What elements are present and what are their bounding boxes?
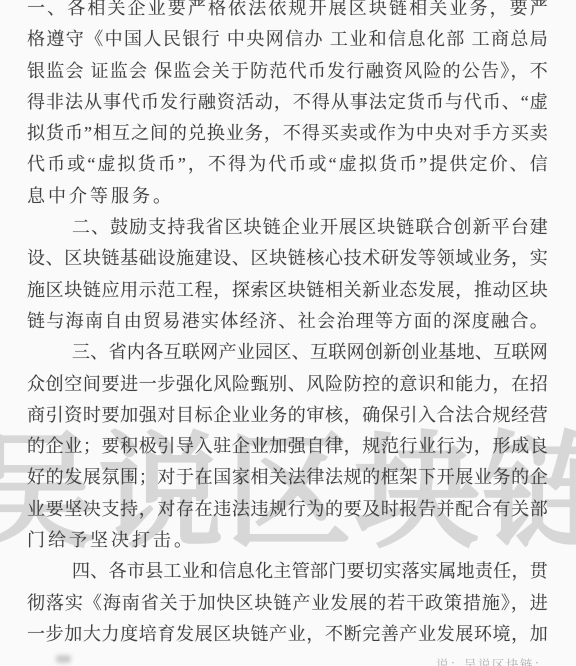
text-line: 息中介等服务。 <box>27 181 548 212</box>
text-line: 业要坚决支持，对存在违法违规行为的要及时报告并配合有关部 <box>27 494 548 525</box>
document-body: 一、各相关企业要严格依法依规开展区块链相关业务，要严格遵守《中国人民银行 中央网… <box>27 0 548 650</box>
text-line: 一、各相关企业要严格依法依规开展区块链相关业务，要严 <box>27 0 548 24</box>
text-line: 银监会 证监会 保监会关于防范代币发行融资风险的公告》，不 <box>27 56 548 87</box>
text-line: 格遵守《中国人民银行 中央网信办 工业和信息化部 工商总局 <box>27 24 548 55</box>
text-line: 拟货币”相互之间的兑换业务，不得买卖或作为中央对手方买卖 <box>27 118 548 149</box>
footer-caption: 说：吴说区块链： <box>436 655 548 666</box>
text-line: 好的发展氛围；对于在国家相关法律法规的框架下开展业务的企 <box>27 462 548 493</box>
text-line: 的企业；要积极引导入驻企业加强自律，规范行业行为，形成良 <box>27 431 548 462</box>
text-line: 众创空间要进一步强化风险甄别、风险防控的意识和能力，在招 <box>27 369 548 400</box>
text-line: 得非法从事代币发行融资活动，不得从事法定货币与代币、“虚 <box>27 87 548 118</box>
text-line: 代币或“虚拟货币”，不得为代币或“虚拟货币”提供定价、信 <box>27 149 548 180</box>
text-line: 三、省内各互联网产业园区、互联网创新创业基地、互联网 <box>27 337 548 368</box>
document-page: 吴说区块链 一、各相关企业要严格依法依规开展区块链相关业务，要严格遵守《中国人民… <box>0 0 576 666</box>
text-line: 施区块链应用示范工程，探索区块链相关新业态发展，推动区块 <box>27 275 548 306</box>
text-line: 一步加大力度培育发展区块链产业，不断完善产业发展环境，加 <box>27 619 548 650</box>
text-line: 设、区块链基础设施建设、区块链核心技术研发等领域业务，实 <box>27 243 548 274</box>
artifact-mark <box>56 655 71 663</box>
text-line: 链与海南自由贸易港实体经济、社会治理等方面的深度融合。 <box>27 306 548 337</box>
text-line: 二、鼓励支持我省区块链企业开展区块链联合创新平台建 <box>27 212 548 243</box>
text-line: 彻落实《海南省关于加快区块链产业发展的若干政策措施》，进 <box>27 588 548 619</box>
text-line: 商引资时要加强对目标企业业务的审核，确保引入合法合规经营 <box>27 400 548 431</box>
text-line: 四、各市县工业和信息化主管部门要切实落实属地责任，贯 <box>27 556 548 587</box>
text-line: 门给予坚决打击。 <box>27 525 548 556</box>
